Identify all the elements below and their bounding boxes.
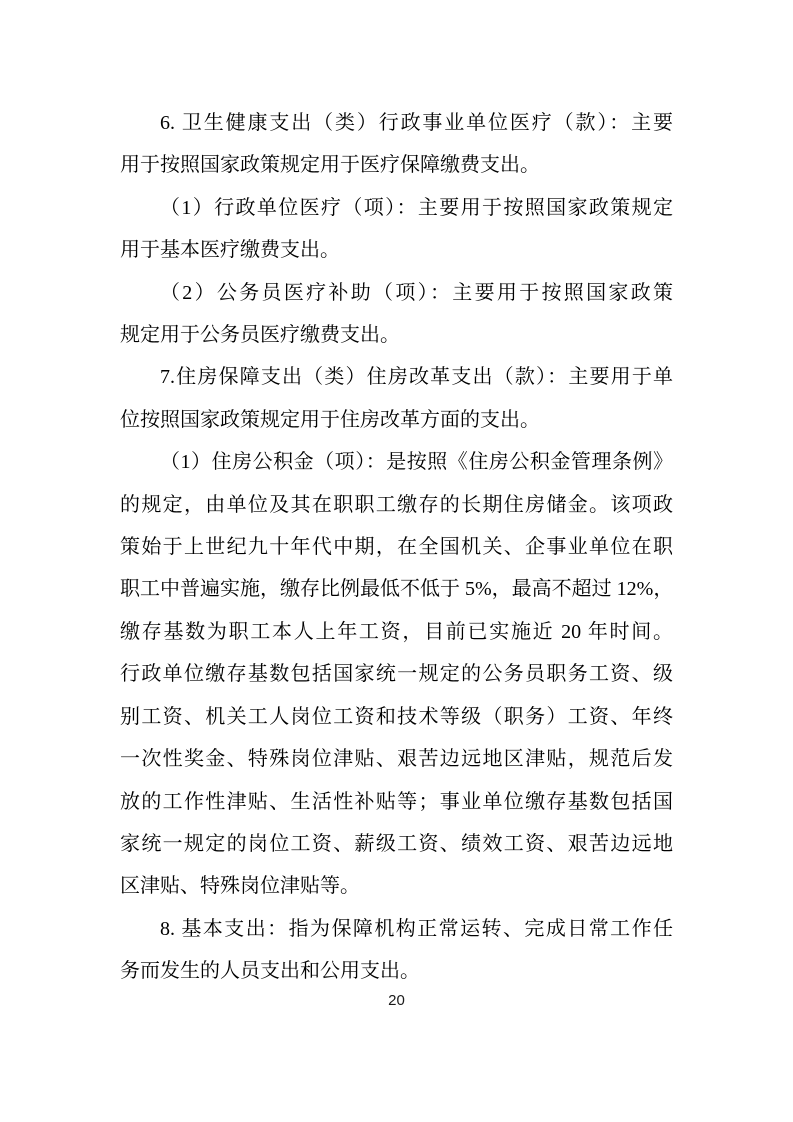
page-number: 20 — [0, 992, 793, 1009]
text-line: 区津贴、特殊岗位津贴等。 — [120, 865, 673, 907]
text-line: （1）行政单位医疗（项）：主要用于按照国家政策规定 — [120, 187, 673, 229]
text-line: 放的工作性津贴、生活性补贴等；事业单位缴存基数包括国 — [120, 781, 673, 823]
text-line: 家统一规定的岗位工资、薪级工资、绩效工资、艰苦边远地 — [120, 823, 673, 865]
text-line: 规定用于公务员医疗缴费支出。 — [120, 314, 673, 356]
text-line: 别工资、机关工人岗位工资和技术等级（职务）工资、年终 — [120, 696, 673, 738]
text-line: 行政单位缴存基数包括国家统一规定的公务员职务工资、级 — [120, 653, 673, 695]
text-line: 策始于上世纪九十年代中期，在全国机关、企事业单位在职 — [120, 526, 673, 568]
text-line: 一次性奖金、特殊岗位津贴、艰苦边远地区津贴，规范后发 — [120, 738, 673, 780]
text-line: （2）公务员医疗补助（项）：主要用于按照国家政策 — [120, 272, 673, 314]
paragraph: （1）行政单位医疗（项）：主要用于按照国家政策规定用于基本医疗缴费支出。 — [120, 187, 673, 272]
text-line: 8. 基本支出：指为保障机构正常运转、完成日常工作任 — [120, 908, 673, 950]
text-line: （1）住房公积金（项）：是按照《住房公积金管理条例》 — [120, 441, 673, 483]
paragraph: 8. 基本支出：指为保障机构正常运转、完成日常工作任务而发生的人员支出和公用支出… — [120, 908, 673, 993]
text-line: 用于基本医疗缴费支出。 — [120, 229, 673, 271]
paragraph: 7.住房保障支出（类）住房改革支出（款）：主要用于单位按照国家政策规定用于住房改… — [120, 356, 673, 441]
text-line: 缴存基数为职工本人上年工资，目前已实施近 20 年时间。 — [120, 611, 673, 653]
paragraph: （2）公务员医疗补助（项）：主要用于按照国家政策规定用于公务员医疗缴费支出。 — [120, 272, 673, 357]
document-body: 6. 卫生健康支出（类）行政事业单位医疗（款）：主要用于按照国家政策规定用于医疗… — [120, 102, 673, 993]
text-line: 用于按照国家政策规定用于医疗保障缴费支出。 — [120, 144, 673, 186]
text-line: 7.住房保障支出（类）住房改革支出（款）：主要用于单 — [120, 356, 673, 398]
text-line: 的规定，由单位及其在职职工缴存的长期住房储金。该项政 — [120, 484, 673, 526]
paragraph: 6. 卫生健康支出（类）行政事业单位医疗（款）：主要用于按照国家政策规定用于医疗… — [120, 102, 673, 187]
text-line: 位按照国家政策规定用于住房改革方面的支出。 — [120, 399, 673, 441]
text-line: 务而发生的人员支出和公用支出。 — [120, 950, 673, 992]
document-page: 6. 卫生健康支出（类）行政事业单位医疗（款）：主要用于按照国家政策规定用于医疗… — [0, 0, 793, 1122]
text-line: 职工中普遍实施，缴存比例最低不低于 5%，最高不超过 12%， — [120, 568, 673, 610]
text-line: 6. 卫生健康支出（类）行政事业单位医疗（款）：主要 — [120, 102, 673, 144]
paragraph: （1）住房公积金（项）：是按照《住房公积金管理条例》的规定，由单位及其在职职工缴… — [120, 441, 673, 907]
